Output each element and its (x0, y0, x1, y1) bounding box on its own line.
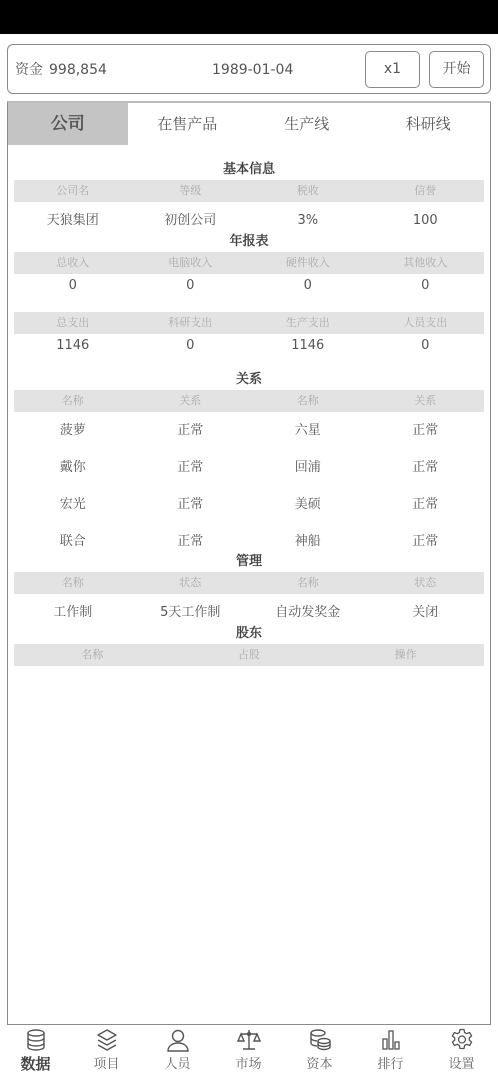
table-header: 总支出 科研支出 生产支出 人员支出 (14, 312, 484, 334)
bar-chart-icon (379, 1028, 403, 1052)
header-cell: 状态 (132, 572, 250, 594)
nav-label: 人员 (142, 1053, 213, 1072)
table-row: 宏光 正常 美硕 正常 (14, 486, 484, 523)
policy-name: 自动发奖金 (249, 594, 367, 632)
scale-icon (237, 1028, 261, 1052)
nav-label: 数据 (0, 1053, 71, 1074)
header-cell: 总支出 (14, 312, 132, 334)
nav-label: 市场 (213, 1053, 284, 1072)
header-cell: 占股 (171, 644, 328, 666)
coins-icon (308, 1028, 332, 1052)
header-cell: 名称 (249, 572, 367, 594)
table-row: 1146 0 1146 0 (14, 334, 484, 358)
header-cell: 名称 (14, 390, 132, 412)
header-cell: 公司名 (14, 180, 132, 202)
company-name: 神船 (249, 523, 367, 560)
value-cell: 0 (249, 274, 367, 298)
tab-research-lines[interactable]: 科研线 (367, 103, 490, 145)
nav-item-data[interactable]: 数据 (0, 1026, 71, 1080)
header-cell: 电脑收入 (132, 252, 250, 274)
reputation: 100 (367, 202, 485, 240)
table-header: 名称 状态 名称 状态 (14, 572, 484, 594)
main-panel: 公司 在售产品 生产线 科研线 基本信息 公司名 等级 税收 信誉 天狼集团 初… (7, 101, 491, 1025)
policy-status[interactable]: 关闭 (367, 594, 485, 632)
policy-name: 工作制 (14, 594, 132, 632)
nav-item-projects[interactable]: 项目 (71, 1026, 142, 1080)
header-cell: 状态 (367, 572, 485, 594)
value-cell: 0 (132, 274, 250, 298)
value-cell: 0 (132, 334, 250, 358)
header-cell: 关系 (132, 390, 250, 412)
bottom-nav: 数据 项目 人员 市场 资本 (0, 1026, 498, 1080)
company-name: 美硕 (249, 486, 367, 523)
header-cell: 名称 (14, 572, 132, 594)
nav-label: 排行 (355, 1053, 426, 1072)
relation-status: 正常 (367, 449, 485, 486)
relation-status: 正常 (367, 523, 485, 560)
table-row: 戴你 正常 回浦 正常 (14, 449, 484, 486)
relation-status: 正常 (367, 486, 485, 523)
company-name: 六星 (249, 412, 367, 449)
policy-status[interactable]: 5天工作制 (132, 594, 250, 632)
table-header: 公司名 等级 税收 信誉 (14, 180, 484, 202)
top-bar: 资金998,854 1989-01-04 x1 开始 (7, 44, 491, 94)
header-cell: 税收 (249, 180, 367, 202)
speed-button[interactable]: x1 (365, 51, 420, 88)
relation-status: 正常 (132, 486, 250, 523)
header-cell: 信誉 (367, 180, 485, 202)
database-icon (24, 1028, 48, 1052)
nav-label: 资本 (284, 1053, 355, 1072)
value-cell: 0 (367, 334, 485, 358)
tab-production-lines[interactable]: 生产线 (247, 103, 367, 145)
header-cell: 总收入 (14, 252, 132, 274)
header-cell: 硬件收入 (249, 252, 367, 274)
relation-status: 正常 (132, 412, 250, 449)
funds-display: 资金998,854 (15, 45, 107, 95)
layers-icon (95, 1028, 119, 1052)
value-cell: 0 (14, 274, 132, 298)
tab-products-on-sale[interactable]: 在售产品 (128, 103, 248, 145)
start-button[interactable]: 开始 (429, 51, 484, 88)
section-title-basic-info: 基本信息 (8, 160, 490, 180)
company-name: 联合 (14, 523, 132, 560)
nav-item-settings[interactable]: 设置 (426, 1026, 497, 1080)
tab-company[interactable]: 公司 (8, 103, 128, 145)
nav-item-staff[interactable]: 人员 (142, 1026, 213, 1080)
table-row: 菠萝 正常 六星 正常 (14, 412, 484, 449)
company-name: 回浦 (249, 449, 367, 486)
header-cell: 科研支出 (132, 312, 250, 334)
section-title-relations: 关系 (8, 370, 490, 390)
header-cell: 等级 (132, 180, 250, 202)
header-cell: 人员支出 (367, 312, 485, 334)
header-cell: 名称 (249, 390, 367, 412)
table-header: 总收入 电脑收入 硬件收入 其他收入 (14, 252, 484, 274)
value-cell: 0 (367, 274, 485, 298)
header-cell: 其他收入 (367, 252, 485, 274)
company-name: 菠萝 (14, 412, 132, 449)
header-cell: 操作 (327, 644, 484, 666)
header-cell: 关系 (367, 390, 485, 412)
funds-value: 998,854 (49, 62, 107, 78)
relation-status: 正常 (132, 523, 250, 560)
status-bar (0, 0, 498, 34)
game-date: 1989-01-04 (212, 45, 293, 95)
header-cell: 名称 (14, 644, 171, 666)
user-icon (166, 1028, 190, 1052)
value-cell: 1146 (14, 334, 132, 358)
nav-label: 设置 (426, 1053, 497, 1072)
header-cell: 生产支出 (249, 312, 367, 334)
nav-item-market[interactable]: 市场 (213, 1026, 284, 1080)
table-header: 名称 占股 操作 (14, 644, 484, 666)
company-name: 宏光 (14, 486, 132, 523)
relation-status: 正常 (132, 449, 250, 486)
nav-item-capital[interactable]: 资本 (284, 1026, 355, 1080)
funds-label: 资金 (15, 62, 43, 78)
company-name: 戴你 (14, 449, 132, 486)
gear-icon (450, 1028, 474, 1052)
table-header: 名称 关系 名称 关系 (14, 390, 484, 412)
nav-label: 项目 (71, 1053, 142, 1072)
value-cell: 1146 (249, 334, 367, 358)
table-row: 0 0 0 0 (14, 274, 484, 298)
nav-item-ranking[interactable]: 排行 (355, 1026, 426, 1080)
company-name: 天狼集团 (14, 202, 132, 240)
tab-bar: 公司 在售产品 生产线 科研线 (8, 103, 490, 145)
relation-status: 正常 (367, 412, 485, 449)
